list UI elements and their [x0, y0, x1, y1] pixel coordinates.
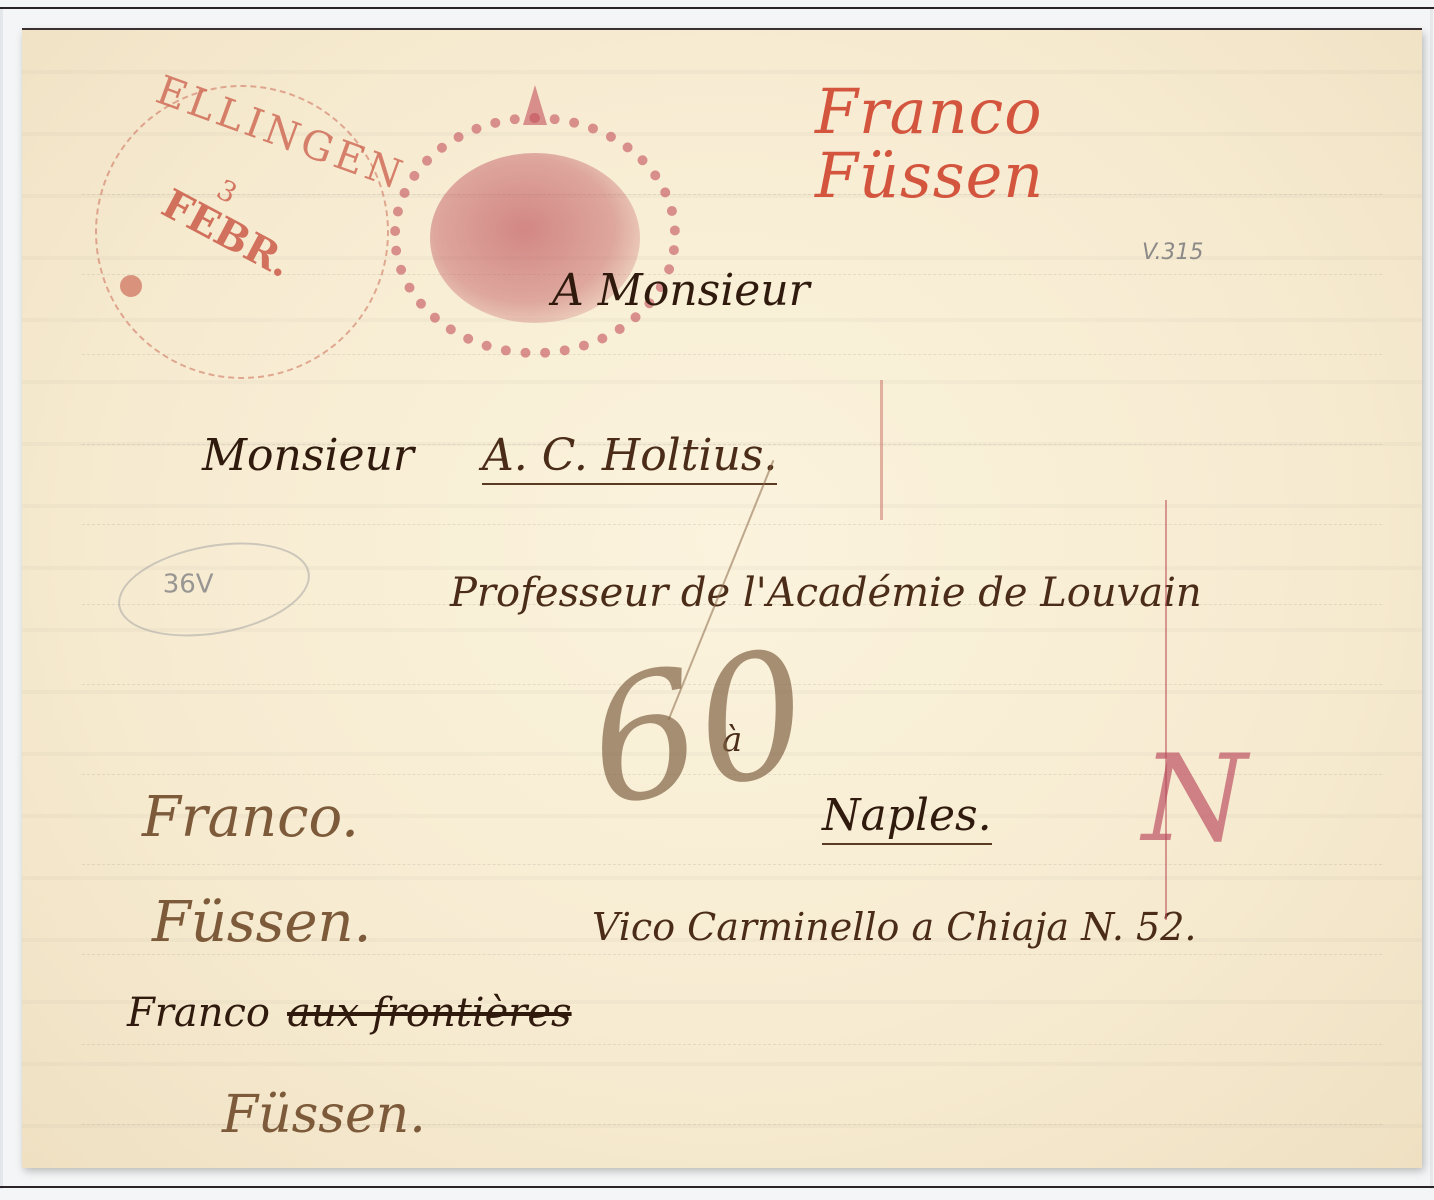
handstamp-line-1: Franco [815, 80, 1044, 144]
address-title: Professeur de l'Académie de Louvain [450, 570, 1202, 616]
album-border-right [1430, 9, 1433, 1189]
ghost-text-line [82, 510, 1382, 525]
franco-fuessen-handstamp: Franco Füssen [815, 80, 1044, 208]
datestamp-dot [120, 275, 142, 297]
address-prefix: A Monsieur [552, 265, 810, 316]
manuscript-rate: 60 [574, 613, 821, 846]
datestamp-text-group: ELLINGEN 3 FEBR. [72, 60, 432, 420]
address-city: Naples. [822, 790, 992, 845]
endorsement-franco: Franco. [142, 785, 359, 850]
handstamp-line-2: Füssen [815, 144, 1044, 208]
album-border-bottom [0, 1186, 1434, 1188]
endorsement-franco-plain: Franco [127, 990, 270, 1036]
endorsement-franco-frontier: Franco aux frontières [127, 990, 572, 1036]
endorsement-fuessen: Füssen. [152, 890, 371, 955]
address-salutation: Monsieur [202, 430, 414, 481]
endorsement-struck-text: aux frontières [287, 990, 572, 1036]
address-street: Vico Carminello a Chiaja N. 52. [592, 905, 1197, 949]
endorsement-fuessen-2: Füssen. [222, 1085, 426, 1145]
pencil-oval-text: 36V [163, 569, 214, 599]
red-stroke [880, 380, 883, 520]
letter-cover: ELLINGEN 3 FEBR. Franco Füssen V.315 36V… [22, 30, 1422, 1168]
crowned-oval-stamp [385, 95, 685, 360]
album-border-left [0, 9, 3, 1189]
album-border-top [0, 7, 1434, 9]
red-manuscript-mark: N [1142, 730, 1247, 869]
address-name: A. C. Holtius. [482, 430, 777, 485]
datestamp-town: ELLINGEN [150, 67, 354, 179]
pencil-note-top-right: V.315 [1142, 240, 1204, 265]
